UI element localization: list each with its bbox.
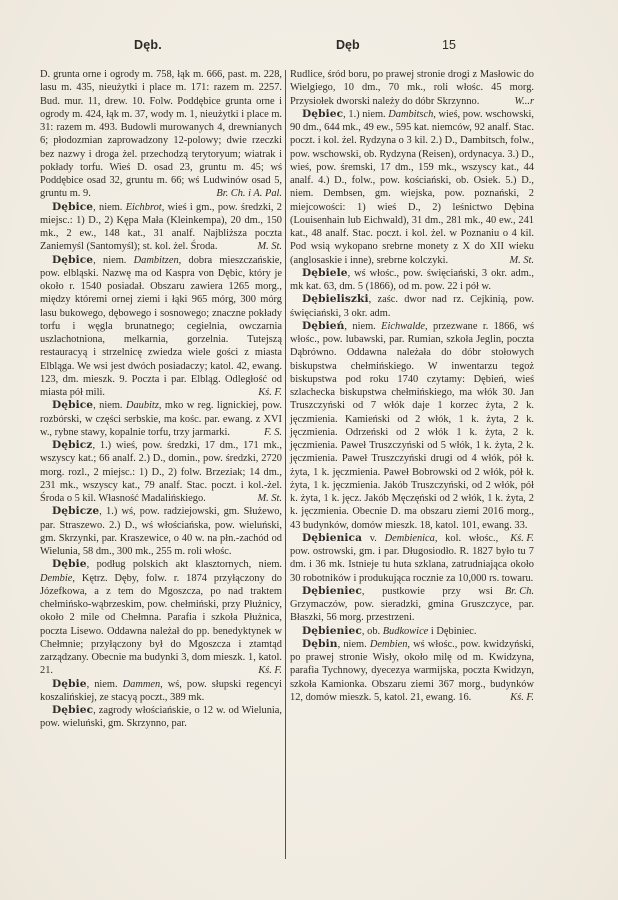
entry-alt-name: Daubitz [126, 400, 159, 411]
entry-headword: Dębie [52, 558, 87, 570]
entry-body: , Kętrz. Dęby, folw. r. 1874 przyłączony… [40, 573, 282, 677]
dictionary-entry: Dębie, niem. Dammen, wś, pow. słupski re… [40, 678, 282, 705]
entry-alt-name: Dambitzen [134, 255, 179, 266]
dictionary-entry: Dębie, podług polskich akt klasztornych,… [40, 558, 282, 677]
entry-alt-name: Eichwalde [381, 321, 425, 332]
dictionary-entry: Dębiec, 1.) niem. Dambitsch, wieś, pow. … [290, 108, 534, 267]
entry-lead: , podług polskich akt klasztornych, niem… [87, 559, 282, 570]
dictionary-entry: Dębice, niem. Dambitzen, dobra mieszczań… [40, 254, 282, 400]
scanned-dictionary-page: Dęb. Dęb 15 D. grunta orne i ogrody m. 7… [0, 0, 618, 900]
entry-body: i Dębiniec. [428, 626, 476, 637]
entry-author-signature: M. St. [245, 240, 282, 253]
entry-author-signature: Br. Ch. i A. Pal. [216, 187, 282, 200]
entry-author-signature: Br. Ch. [493, 585, 534, 598]
entry-headword: Dębice [52, 254, 93, 266]
entry-headword: Dębin [302, 638, 338, 650]
entry-continuation: Rudlice, śród boru, po prawej stronie dr… [290, 68, 534, 108]
entry-headword: Dębiec [302, 108, 343, 120]
entry-headword: Dębicz [52, 439, 92, 451]
left-text-column: D. grunta orne i ogrody m. 758, łąk m. 6… [40, 68, 282, 731]
entry-body: Rudlice, śród boru, po prawej stronie dr… [290, 69, 534, 107]
entry-body: , dobra mieszczańskie, pow. elbląski. Na… [40, 255, 282, 399]
dictionary-entry: Dębin, niem. Dembien, wś włośc., pow. kw… [290, 638, 534, 704]
entry-author-signature: M. St. [497, 254, 534, 267]
entry-author-signature: Kś. F. [498, 532, 534, 545]
entry-lead: , niem. [338, 639, 370, 650]
entry-headword: Dębice [52, 201, 93, 213]
dictionary-entry: Dębice, niem. Daubitz, mko w reg. lignic… [40, 399, 282, 439]
entry-alt-name: Eichbrot [126, 202, 162, 213]
entry-lead: , niem. [93, 202, 126, 213]
entry-headword: Dębiec [52, 704, 93, 716]
entry-author-signature: W...r [514, 95, 534, 108]
entry-headword: Dębice [52, 399, 93, 411]
entry-lead: , [362, 586, 382, 597]
running-header: Dęb. Dęb 15 [0, 38, 618, 58]
dictionary-entry: Dębice, niem. Eichbrot, wieś i gm., pow.… [40, 201, 282, 254]
dictionary-entry: Dębień, niem. Eichwalde, przezwane r. 18… [290, 320, 534, 532]
entry-body: , przezwane r. 1866, wś włośc., pow. lub… [290, 321, 534, 531]
dictionary-entry: Dębicz, 1.) wieś, pow. średzki, 17 dm., … [40, 439, 282, 505]
entry-author-signature: Kś. F. [498, 691, 534, 704]
dictionary-entry: Dębicze, 1.) wś, pow. radziejowski, gm. … [40, 505, 282, 558]
right-text-column: Rudlice, śród boru, po prawej stronie dr… [290, 68, 534, 704]
dictionary-entry: Dębienica v. Dembienica, kol. włośc., po… [290, 532, 534, 585]
entry-headword: Dębieniec [302, 625, 362, 637]
entry-continuation: D. grunta orne i ogrody m. 758, łąk m. 6… [40, 68, 282, 201]
entry-lead: , niem. [87, 679, 123, 690]
entry-headword: Dębieniec [302, 585, 362, 597]
entry-lead: , 1.) niem. [343, 109, 388, 120]
entry-lead: , niem. [93, 255, 133, 266]
entry-alt-name: Dembienica [385, 533, 435, 544]
entry-lead: , niem. [93, 400, 126, 411]
entry-lead: , niem. [344, 321, 381, 332]
entry-lead: , ob. [362, 626, 383, 637]
entry-alt-name: Dembien [370, 639, 408, 650]
entry-body: D. grunta orne i ogrody m. 758, łąk m. 6… [40, 69, 282, 199]
entry-headword: Dębienica [302, 532, 362, 544]
dictionary-entry: Dębiec, zagrody włościańskie, o 12 w. od… [40, 704, 282, 731]
entry-author-signature: Kś. F. [246, 664, 282, 677]
entry-body: , wieś, pow. wschowski, 90 dm., 644 mk.,… [290, 109, 534, 266]
entry-headword: Dębie [52, 678, 87, 690]
entry-lead: v. [362, 533, 385, 544]
entry-headword: Dębieliszki [302, 293, 369, 305]
entry-alt-name: Budkowice [383, 626, 429, 637]
entry-author-signature: F. S. [252, 426, 282, 439]
left-running-head: Dęb. [134, 38, 162, 52]
column-divider [285, 70, 286, 859]
entry-lead: , [92, 440, 99, 451]
entry-alt-name: Dammen [123, 679, 161, 690]
dictionary-entry: Dębiele, wś włośc., pow. święciański, 3 … [290, 267, 534, 294]
entry-author-signature: Kś. F. [246, 386, 282, 399]
dictionary-entry: Dębieliszki, zaśc. dwor nad rz. Cejkinią… [290, 293, 534, 320]
entry-headword: Dębiele [302, 267, 348, 279]
entry-headword: Dębień [302, 320, 344, 332]
entry-alt-name: Dambitsch [388, 109, 433, 120]
center-running-head: Dęb [336, 38, 360, 52]
entry-headword: Dębicze [52, 505, 99, 517]
entry-author-signature: M. St. [245, 492, 282, 505]
dictionary-entry: Dębieniec, ob. Budkowice i Dębiniec. [290, 625, 534, 638]
page-number: 15 [442, 38, 456, 52]
entry-alt-name: Dembie [40, 573, 72, 584]
